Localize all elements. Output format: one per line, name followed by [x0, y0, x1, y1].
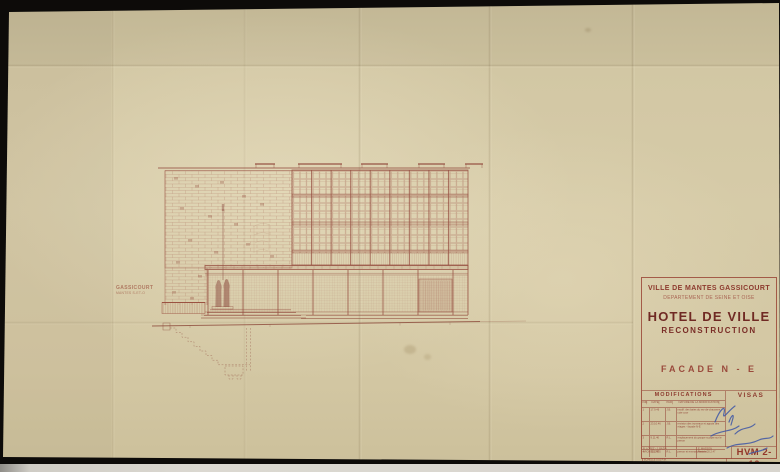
- commune-name: VILLE DE MANTES GASSICOURT: [642, 285, 776, 292]
- fold-crease-vertical: [631, 0, 635, 464]
- entrance-door: [419, 279, 452, 312]
- ground-floor-colonnade: [201, 265, 468, 315]
- architects-role: ARCHITECTES: [643, 451, 661, 454]
- facade-elevation-drawing: [150, 155, 530, 390]
- hatched-fence: [162, 303, 205, 314]
- fold-crease-vertical: [111, 0, 115, 464]
- drawing-title: HOTEL DE VILLE: [642, 309, 776, 324]
- col-ind: IND.: [642, 401, 647, 404]
- fold-crease-horizontal: [0, 64, 780, 68]
- department-name: DEPARTEMENT DE SEINE ET OISE: [642, 295, 776, 301]
- underground-stair-dashed: [170, 328, 251, 379]
- signature-ink: [705, 400, 779, 458]
- paper-shading: [0, 0, 111, 464]
- drawing-subtitle: RECONSTRUCTION: [642, 326, 776, 335]
- col-date: DATE: [651, 401, 659, 404]
- balcony-band: [205, 266, 468, 270]
- ground-ledge: [163, 323, 170, 330]
- window-grid: [292, 170, 468, 265]
- paper-shading: [0, 0, 780, 66]
- view-label: FACADE N - E: [642, 364, 776, 374]
- col-par: PAR: [666, 401, 673, 404]
- visas-header: VISAS: [726, 392, 776, 399]
- paper-sheet: GASSICOURT MANTES S-ET-O: [0, 0, 780, 464]
- stain: [585, 28, 591, 32]
- scanned-drawing-sheet: { "scan": { "paper_color": "#d6cba8", "i…: [0, 0, 780, 472]
- scanner-bed-strip: [0, 464, 780, 472]
- stamp-line2: MANTES S-ET-O: [116, 292, 147, 296]
- scale-note: ECHELLE 0.02 P.M.: [643, 458, 727, 462]
- ground-line: [152, 321, 526, 328]
